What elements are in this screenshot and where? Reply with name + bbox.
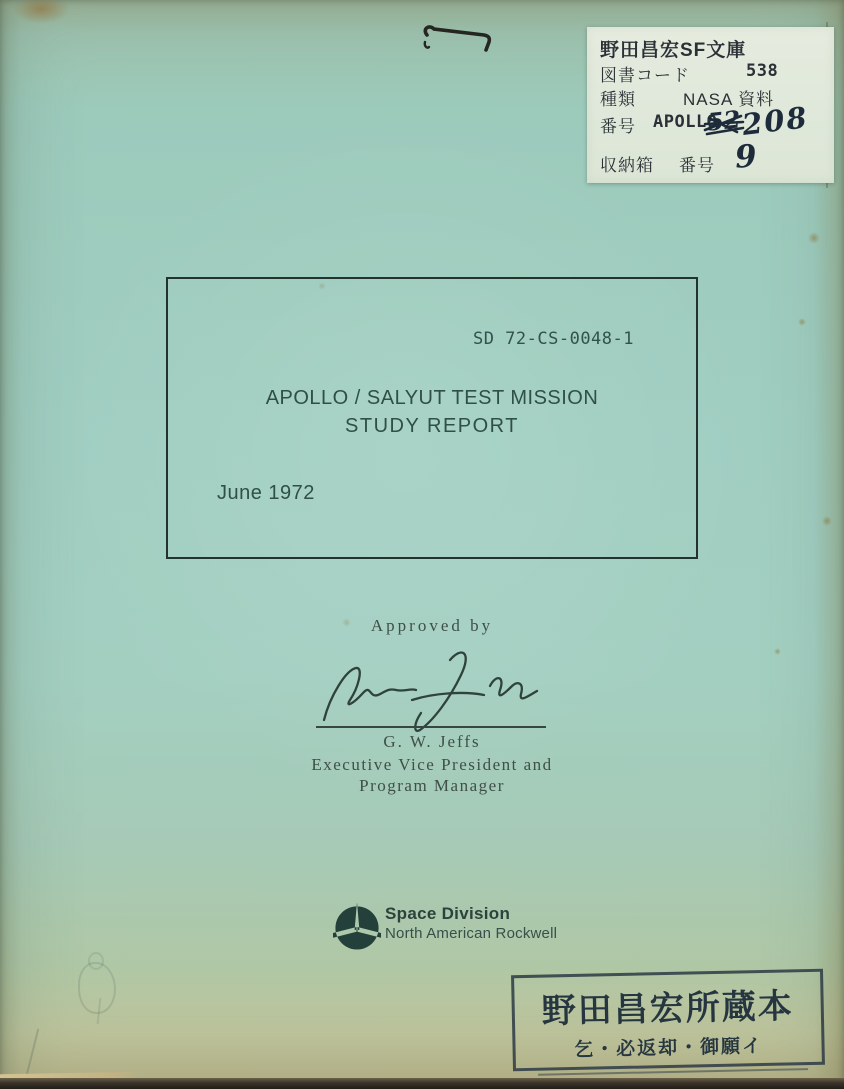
- signature-area: [20, 636, 844, 732]
- document-number: SD 72-CS-0048-1: [473, 329, 634, 349]
- label-number-handwritten: 208: [740, 100, 810, 142]
- approved-by-heading: Approved by: [20, 616, 844, 636]
- ownership-stamp: 野田昌宏所蔵本 乞・必返却・御願イ: [511, 969, 825, 1072]
- stamp-owner-name: 野田昌宏所蔵本: [514, 978, 821, 1033]
- label-storage-box-number-label: 番号: [679, 151, 715, 176]
- report-cover-page: 野田昌宏SF文庫 図書コード 538 種類 NASA 資料 番号 APOLLO …: [0, 0, 844, 1089]
- label-type-label: 種類: [600, 85, 636, 110]
- report-date: June 1972: [217, 482, 315, 505]
- approval-block: Approved by G. W. Jeffs Executive Vice P…: [20, 616, 844, 796]
- label-collection-name: 野田昌宏SF文庫: [600, 35, 746, 62]
- stain-freckle: [808, 232, 820, 244]
- library-label-sticker: 野田昌宏SF文庫 図書コード 538 種類 NASA 資料 番号 APOLLO …: [587, 27, 834, 183]
- staple-icon: [420, 22, 500, 54]
- stain-freckle: [798, 318, 806, 326]
- publisher-division: Space Division: [385, 904, 557, 924]
- signature-icon: [308, 638, 558, 734]
- label-number-label: 番号: [600, 112, 636, 137]
- stain-top-left: [12, 0, 70, 24]
- signer-title-line2: Program Manager: [20, 775, 844, 796]
- label-storage-box-value: 9: [734, 138, 758, 175]
- north-american-rockwell-logo-icon: [333, 903, 381, 951]
- faint-pencil-mark: [78, 962, 116, 1014]
- label-book-code-value: 538: [746, 61, 778, 81]
- publisher-company: North American Rockwell: [385, 925, 557, 942]
- report-title-line2: STUDY REPORT: [168, 415, 696, 438]
- signer-name: G. W. Jeffs: [20, 732, 844, 752]
- publisher-text: Space Division North American Rockwell: [385, 904, 557, 942]
- signature-line: [316, 726, 546, 728]
- label-storage-box-label: 収納箱: [600, 151, 654, 176]
- publisher-block: Space Division North American Rockwell: [333, 901, 633, 953]
- stamp-return-request: 乞・必返却・御願イ: [515, 1030, 821, 1063]
- report-title-line1: APOLLO / SALYUT TEST MISSION: [168, 387, 696, 410]
- label-book-code-label: 図書コード: [600, 61, 690, 86]
- signer-title-line1: Executive Vice President and: [20, 754, 844, 775]
- title-box: SD 72-CS-0048-1 APOLLO / SALYUT TEST MIS…: [166, 277, 698, 559]
- scan-edge-shadow: [0, 1078, 844, 1089]
- stain-freckle: [822, 516, 832, 526]
